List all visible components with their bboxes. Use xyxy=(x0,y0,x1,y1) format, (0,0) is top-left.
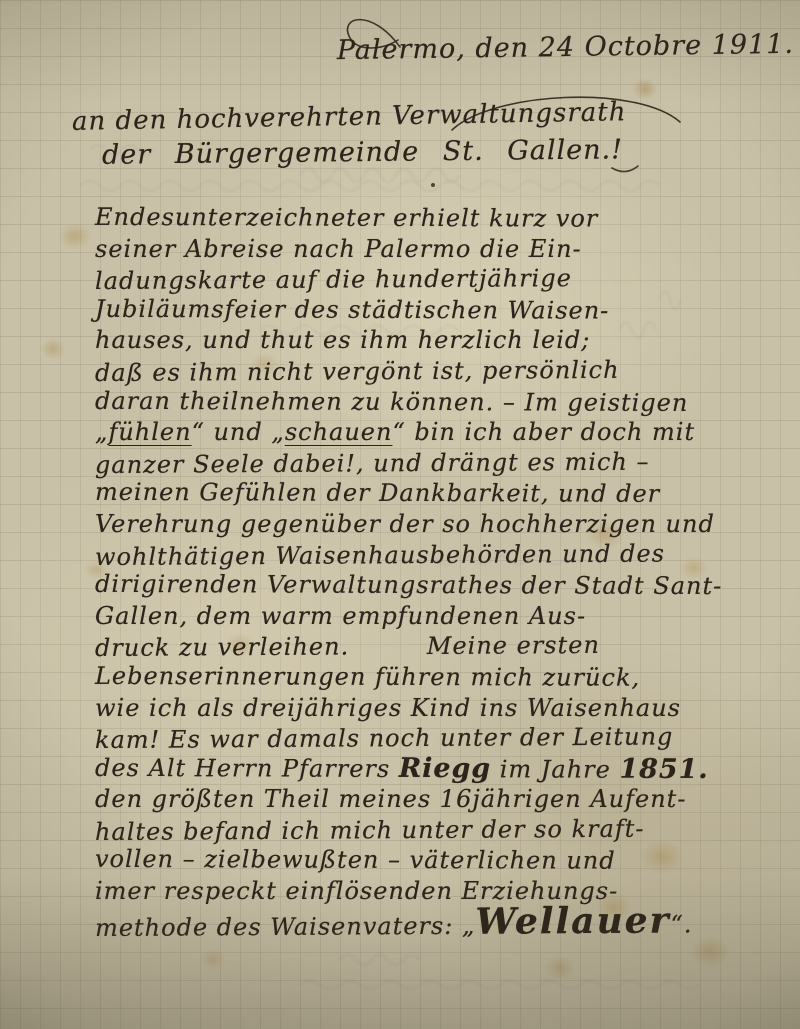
letter-page: Palermo, den 24 Octobre 1911. an den hoc… xyxy=(0,0,800,1029)
scan-vignette xyxy=(0,0,800,1029)
